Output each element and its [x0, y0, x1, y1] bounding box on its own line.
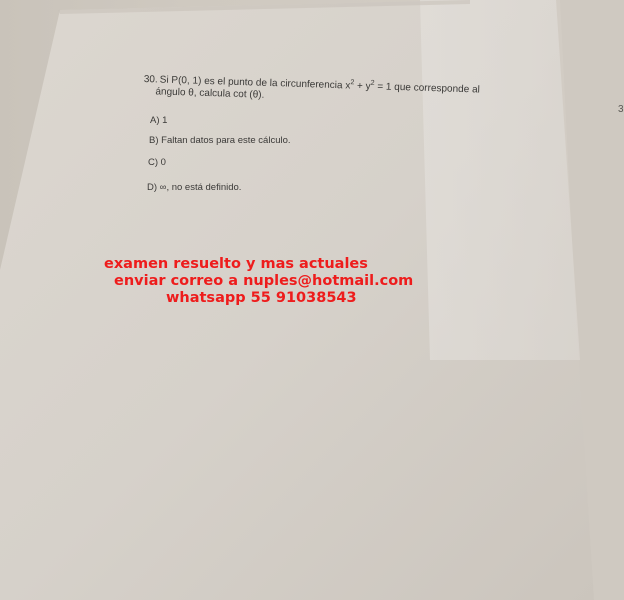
option-letter: A)	[150, 115, 160, 126]
document-content: 30.Si P(0, 1) es el punto de la circunfe…	[0, 0, 624, 600]
option-letter: B)	[149, 135, 159, 146]
question-text-part2: que corresponde al	[391, 82, 480, 96]
option-d: D) ∞, no está definido.	[147, 182, 241, 193]
adjacent-page-number: 3	[618, 104, 624, 115]
option-letter: D)	[147, 182, 157, 193]
overlay-line-email: enviar correo a nuples@hotmail.com	[104, 273, 434, 290]
option-letter: C)	[148, 157, 158, 168]
option-b: B) Faltan datos para este cálculo.	[149, 135, 291, 146]
option-text: Faltan datos para este cálculo.	[161, 135, 290, 146]
option-text: 1	[162, 115, 167, 126]
watermark-overlay: examen resuelto y mas actuales enviar co…	[104, 256, 434, 307]
overlay-line-1: examen resuelto y mas actuales	[104, 256, 434, 273]
option-text: ∞, no está definido.	[160, 182, 242, 193]
equation: x2 + y2 = 1	[345, 80, 392, 92]
question-30: 30.Si P(0, 1) es el punto de la circunfe…	[143, 74, 544, 111]
option-c: C) 0	[148, 157, 166, 168]
option-a: A) 1	[150, 115, 167, 126]
option-text: 0	[161, 157, 166, 168]
overlay-line-whatsapp: whatsapp 55 91038543	[104, 290, 434, 307]
question-number: 30.	[144, 74, 158, 85]
